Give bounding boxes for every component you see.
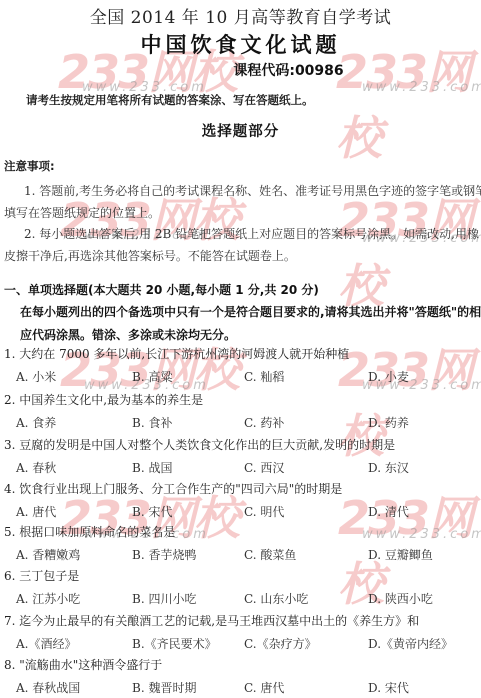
option-c: C. 西汉 [244,459,284,476]
watermark-url: www.233.com [362,80,481,95]
option-c: C. 酸菜鱼 [244,546,296,563]
question-stem: 4. 饮食行业出现上门服务、分工合作生产的"四司六局"的时期是 [4,480,342,497]
part-heading: 一、单项选择题(本大题共 20 小题,每小题 1 分,共 20 分) [4,281,319,298]
question-stem: 6. 三丁包子是 [4,567,79,584]
answer-instruction: 请考生按规定用笔将所有试题的答案涂、写在答题纸上。 [26,92,314,108]
question-stem: 1. 大约在 7000 多年以前,长江下游杭州湾的河姆渡人就开始种植 [4,345,349,362]
note-line: 填写在答题纸规定的位置上。 [4,204,160,221]
section-title: 选择题部分 [0,120,481,141]
option-a: A. 江苏小吃 [16,590,80,607]
part-description: 应代码涂黑。错涂、多涂或未涂均无分。 [20,326,236,343]
option-b: B. 战国 [132,459,172,476]
option-c: C. 药补 [244,414,284,431]
option-b: B. 食补 [132,414,172,431]
option-c: C. 明代 [244,503,284,520]
option-a: A. 春秋战国 [16,679,80,696]
option-d: D.《黄帝内经》 [368,635,453,652]
watermark-url: www.233.com [362,527,481,542]
question-stem: 5. 根据口味加原料命名的菜名是 [4,523,175,540]
question-stem: 3. 豆腐的发明是中国人对整个人类饮食文化作出的巨大贡献,发明的时期是 [4,436,395,453]
question-stem: 7. 迄今为止最早的有关酿酒工艺的记载,是马王堆西汉墓中出土的《养生方》和 [4,612,419,629]
option-d: D. 宋代 [368,679,409,696]
option-d: D. 清代 [368,503,409,520]
note-line: 皮擦干净后,再选涂其他答案标号。不能答在试题卷上。 [4,247,296,264]
note-line: 2. 每小题选出答案后,用 2B 铅笔把答题纸上对应题目的答案标号涂黑。如需改动… [24,225,479,242]
option-a: A. 春秋 [16,459,56,476]
option-a: A. 唐代 [16,503,56,520]
option-a: A. 香糟嫩鸡 [16,546,80,563]
note-line: 1. 答题前,考生务必将自己的考试课程名称、姓名、准考证号用黑色字迹的签字笔或钢… [24,182,481,199]
option-a: A. 食养 [16,414,56,431]
question-stem: 2. 中国养生文化中,最为基本的养生是 [4,391,203,408]
option-a: A. 小米 [16,368,56,385]
option-a: A.《酒经》 [16,635,76,652]
option-b: B. 高粱 [132,368,172,385]
option-c: C. 山东小吃 [244,590,308,607]
option-b: B. 魏晋时期 [132,679,196,696]
course-code: 课程代码:00986 [0,60,481,80]
exam-page: 233网校 www.233.com 233网校 www.233.com 233网… [0,0,481,698]
question-stem: 8. "流觞曲水"这种酒令盛行于 [4,656,162,673]
option-c: C. 唐代 [244,679,284,696]
option-b: B. 四川小吃 [132,590,196,607]
option-d: D. 药养 [368,414,409,431]
exam-name: 全国 2014 年 10 月高等教育自学考试 [0,3,481,28]
page-title: 中国饮食文化试题 [0,29,481,59]
option-b: B.《齐民要术》 [132,635,217,652]
part-description: 在每小题列出的四个备选项中只有一个是符合题目要求的,请将其选出并将"答题纸"的相 [20,303,481,320]
option-c: C.《杂疗方》 [244,635,317,652]
option-d: D. 豆瓣鲫鱼 [368,546,433,563]
watermark-logo: 233网校 [338,184,481,316]
option-b: B. 香芋烧鸭 [132,546,196,563]
option-d: D. 小麦 [368,368,409,385]
option-b: B. 宋代 [132,503,172,520]
notes-label: 注意事项: [4,158,55,174]
option-d: D. 东汉 [368,459,409,476]
option-c: C. 籼稻 [244,368,284,385]
option-d: D. 陕西小吃 [368,590,433,607]
